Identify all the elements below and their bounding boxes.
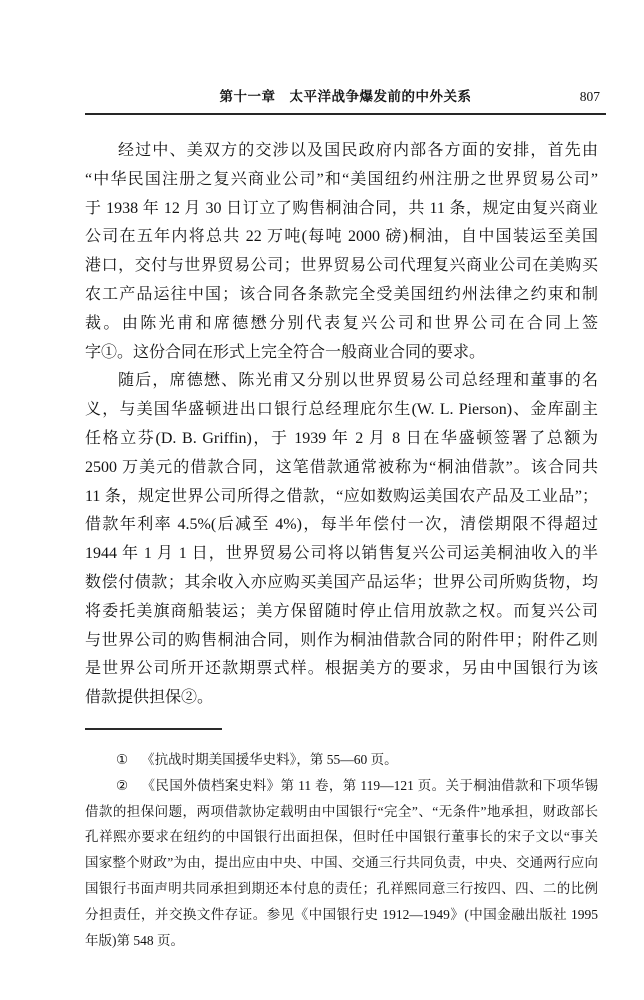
- text-line: 与世界公司的购售桐油合同，则作为桐油借款合同的附件甲；附件乙则: [85, 627, 598, 656]
- footnote-line: 国银行书面声明共同承担到期还本付息的责任；孔祥熙同意三行按四、四、二的比例: [85, 876, 598, 902]
- page-header: 第十一章 太平洋战争爆发前的中外关系 807: [85, 88, 606, 108]
- text-line: 2500 万美元的借款合同，这笔借款通常被称为“桐油借款”。该合同共: [85, 454, 598, 483]
- text-line: 公司在五年内将总共 22 万吨(每吨 2000 磅)桐油，自中国装运至美国: [85, 223, 598, 252]
- book-page: 第十一章 太平洋战争爆发前的中外关系 807 经过中、美双方的交涉以及国民政府内…: [0, 0, 644, 1000]
- text-line: 裁。由陈光甫和席德懋分别代表复兴公司和世界公司在合同上签: [85, 310, 598, 339]
- text-line: 义，与美国华盛顿进出口银行总经理庇尔生(W. L. Pierson)、金库副主: [85, 396, 598, 425]
- text-line: 于 1938 年 12 月 30 日订立了购售桐油合同，共 11 条，规定由复兴…: [85, 195, 598, 224]
- text-line: 借款年利率 4.5%(后减至 4%)，每半年偿付一次，清偿期限不得超过: [85, 511, 598, 540]
- text-line: 1944 年 1 月 1 日，世界贸易公司将以销售复兴公司运美桐油收入的半: [85, 540, 598, 569]
- footnote-line: 分担责任，并交换文件存证。参见《中国银行史 1912—1949》(中国金融出版社…: [85, 902, 598, 928]
- text-line: “中华民国注册之复兴商业公司”和“美国纽约州注册之世界贸易公司”: [85, 166, 598, 195]
- text-line: 将委托美旗商船装运；美方保留随时停止信用放款之权。而复兴公司: [85, 598, 598, 627]
- footnote-line: 年版)第 548 页。: [85, 928, 598, 954]
- text-line: 数偿付债款；其余收入亦应购买美国产品运华；世界公司所购货物，均: [85, 569, 598, 598]
- body-text: 经过中、美双方的交涉以及国民政府内部各方面的安排，首先由 “中华民国注册之复兴商…: [85, 137, 598, 713]
- footnote-line: 借款的担保问题，两项借款协定载明由中国银行“完全”、“无条件”地承担，财政部长: [85, 799, 598, 825]
- text-line: 港口，交付与世界贸易公司；世界贸易公司代理复兴商业公司在美购买: [85, 252, 598, 281]
- footnote-text: 《民国外债档案史料》第 11 卷，第 119—121 页。关于桐油借款和下项华锡: [142, 778, 598, 793]
- text-line: 农工产品运往中国；该合同各条款完全受美国纽约州法律之约束和制: [85, 281, 598, 310]
- footnote-separator: [85, 728, 222, 730]
- footnotes: ①《抗战时期美国援华史料》，第 55—60 页。 ②《民国外债档案史料》第 11…: [85, 747, 598, 953]
- footnote-marker: ①: [116, 752, 128, 767]
- text-line: 字①。这份合同在形式上完全符合一般商业合同的要求。: [85, 339, 598, 368]
- footnote-line: ①《抗战时期美国援华史料》，第 55—60 页。: [85, 747, 598, 773]
- paragraph-2: 随后，席德懋、陈光甫又分别以世界贸易公司总经理和董事的名 义，与美国华盛顿进出口…: [85, 367, 598, 713]
- paragraph-1: 经过中、美双方的交涉以及国民政府内部各方面的安排，首先由 “中华民国注册之复兴商…: [85, 137, 598, 367]
- text-line: 任格立芬(D. B. Griffin)，于 1939 年 2 月 8 日在华盛顿…: [85, 425, 598, 454]
- chapter-title: 第十一章 太平洋战争爆发前的中外关系: [85, 88, 606, 106]
- text-line: 借款提供担保②。: [85, 684, 598, 713]
- text-line: 11 条，规定世界公司所得之借款，“应如数购运美国农产品及工业品”；: [85, 483, 598, 512]
- header-rule: [85, 113, 606, 115]
- footnote-text: 《抗战时期美国援华史料》，第 55—60 页。: [141, 752, 398, 767]
- text-line: 随后，席德懋、陈光甫又分别以世界贸易公司总经理和董事的名: [85, 367, 598, 396]
- footnote-line: 国家整个财政”为由，提出应由中央、中国、交通三行共同负责，中央、交通两行应向中: [85, 850, 598, 876]
- text-line: 经过中、美双方的交涉以及国民政府内部各方面的安排，首先由: [85, 137, 598, 166]
- page-number: 807: [580, 88, 600, 106]
- text-line: 是世界公司所开还款期票式样。根据美方的要求，另由中国银行为该: [85, 655, 598, 684]
- footnote-marker: ②: [116, 778, 129, 793]
- footnote-line: 孔祥熙亦要求在纽约的中国银行出面担保，但时任中国银行董事长的宋子文以“事关: [85, 824, 598, 850]
- footnote-line: ②《民国外债档案史料》第 11 卷，第 119—121 页。关于桐油借款和下项华…: [85, 773, 598, 799]
